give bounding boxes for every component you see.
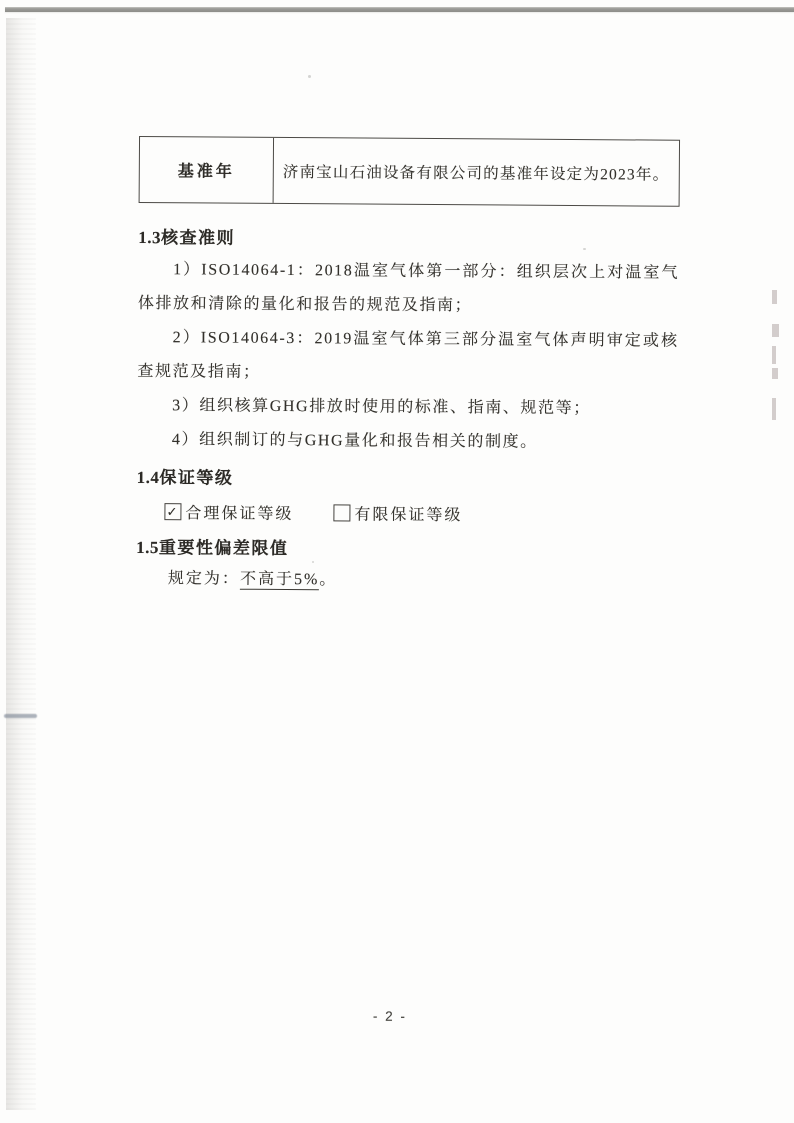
threshold-statement: 规定为：不高于5%。 [168,565,338,589]
criteria-item: 4）组织制订的与GHG量化和报告相关的制度。 [137,423,678,461]
checkbox-unchecked-icon [333,504,350,521]
threshold-value-underlined: 不高于5% [240,571,319,591]
base-year-table: 基准年 济南宝山石油设备有限公司的基准年设定为2023年。 [139,136,680,207]
criteria-list: 1）ISO14064-1：2018温室气体第一部分：组织层次上对温室气体排放和清… [137,253,679,461]
section-title-text: 重要性偏差限值 [159,538,289,558]
page-number: - 2 - [0,1006,787,1027]
section-number: 1.4 [137,468,160,487]
criteria-item: 1）ISO14064-1：2018温室气体第一部分：组织层次上对温室气体排放和清… [138,253,679,325]
criteria-item: 3）组织核算GHG排放时使用的标准、指南、规范等； [137,389,678,427]
section-title-verification-criteria: 1.3核查准则 [138,223,235,249]
option-reasonable-assurance: ✓ 合理保证等级 [164,500,293,524]
checkbox-checked-icon: ✓ [164,503,181,520]
assurance-options: ✓ 合理保证等级 有限保证等级 [164,500,462,525]
section-number: 1.3 [138,228,161,247]
section-title-text: 核查准则 [161,228,235,248]
section-number: 1.5 [136,538,159,557]
option-limited-assurance: 有限保证等级 [333,501,462,525]
section-title-materiality-threshold: 1.5重要性偏差限值 [136,533,288,559]
option-label: 有限保证等级 [354,501,462,525]
section-title-assurance-level: 1.4保证等级 [137,463,234,489]
section-title-text: 保证等级 [159,468,233,488]
base-year-row-value: 济南宝山石油设备有限公司的基准年设定为2023年。 [274,138,679,206]
document-page: 基准年 济南宝山石油设备有限公司的基准年设定为2023年。 1.3核查准则 1）… [0,0,794,1123]
threshold-suffix: 。 [319,571,337,588]
base-year-row-header: 基准年 [140,137,274,203]
threshold-prefix: 规定为： [168,570,240,588]
option-label: 合理保证等级 [185,500,293,524]
criteria-item: 2）ISO14064-3：2019温室气体第三部分温室气体声明审定或核查规范及指… [137,321,678,393]
